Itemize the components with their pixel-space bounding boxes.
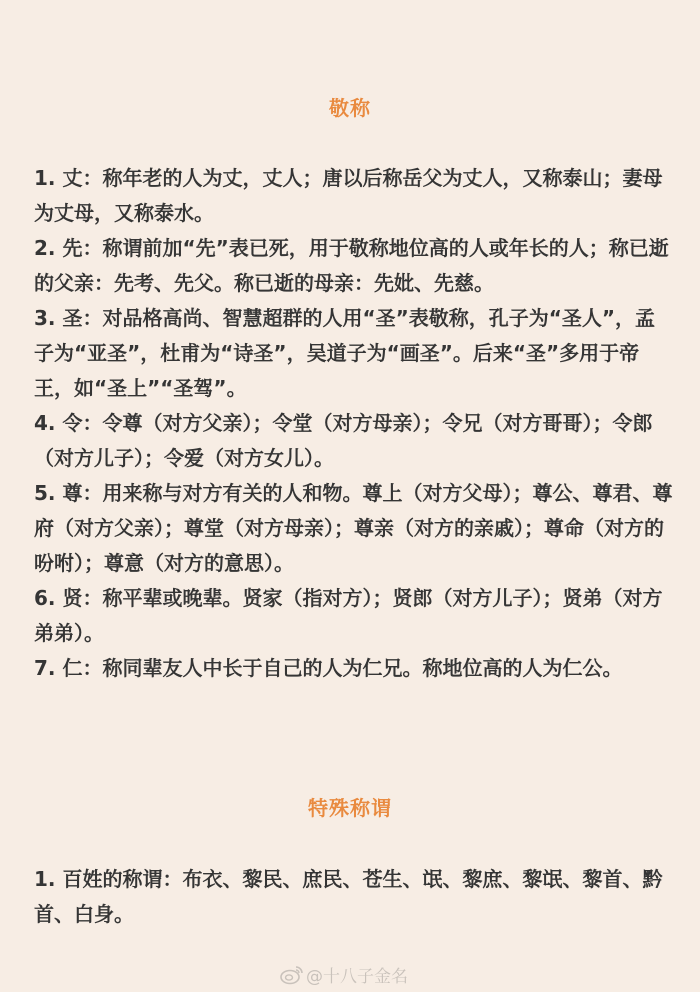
watermark: @十八子金名 [280,962,408,987]
list-item: 2. 先：称谓前加“先”表已死，用于敬称地位高的人或年长的人；称已逝的父亲：先考… [34,231,674,301]
weibo-icon [280,965,304,985]
list-item: 1. 丈：称年老的人为丈，丈人；唐以后称岳父为丈人，又称泰山；妻母为丈母，又称泰… [34,161,674,231]
special-titles-list: 1. 百姓的称谓：布衣、黎民、庶民、苍生、氓、黎庶、黎氓、黎首、黔首、白身。 [34,862,674,932]
list-item: 1. 百姓的称谓：布衣、黎民、庶民、苍生、氓、黎庶、黎氓、黎首、黔首、白身。 [34,862,674,932]
watermark-text: @十八子金名 [306,962,408,987]
document-page: 敬称 1. 丈：称年老的人为丈，丈人；唐以后称岳父为丈人，又称泰山；妻母为丈母，… [0,0,700,992]
honorifics-list: 1. 丈：称年老的人为丈，丈人；唐以后称岳父为丈人，又称泰山；妻母为丈母，又称泰… [34,161,674,686]
list-item: 5. 尊：用来称与对方有关的人和物。尊上（对方父母）；尊公、尊君、尊府（对方父亲… [34,476,674,581]
list-item: 3. 圣：对品格高尚、智慧超群的人用“圣”表敬称，孔子为“圣人”，孟子为“亚圣”… [34,301,674,406]
section-title-honorifics: 敬称 [0,92,700,121]
section-title-special-titles: 特殊称谓 [0,792,700,821]
list-item: 4. 令：令尊（对方父亲）；令堂（对方母亲）；令兄（对方哥哥）；令郎（对方儿子）… [34,406,674,476]
list-item: 6. 贤：称平辈或晚辈。贤家（指对方）；贤郎（对方儿子）；贤弟（对方弟弟）。 [34,581,674,651]
list-item: 7. 仁：称同辈友人中长于自己的人为仁兄。称地位高的人为仁公。 [34,651,674,686]
